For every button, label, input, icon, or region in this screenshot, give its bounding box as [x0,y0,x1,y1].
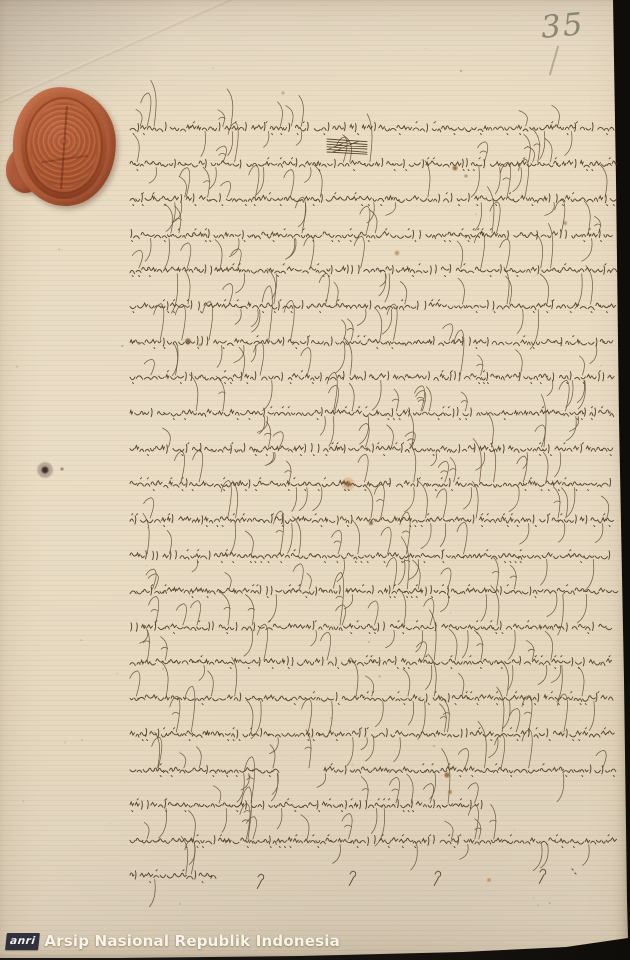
archive-credit-label: Arsip Nasional Republik Indonesia [44,932,340,950]
wax-seal-icon [13,87,116,206]
scanned-document: 35 anri Arsip Nasional Republik Indonesi… [0,0,630,960]
archive-credit-bar: anri Arsip Nasional Republik Indonesia [6,932,340,950]
anri-logo: anri [5,933,40,950]
page-number-annotation: 35 [540,6,586,46]
